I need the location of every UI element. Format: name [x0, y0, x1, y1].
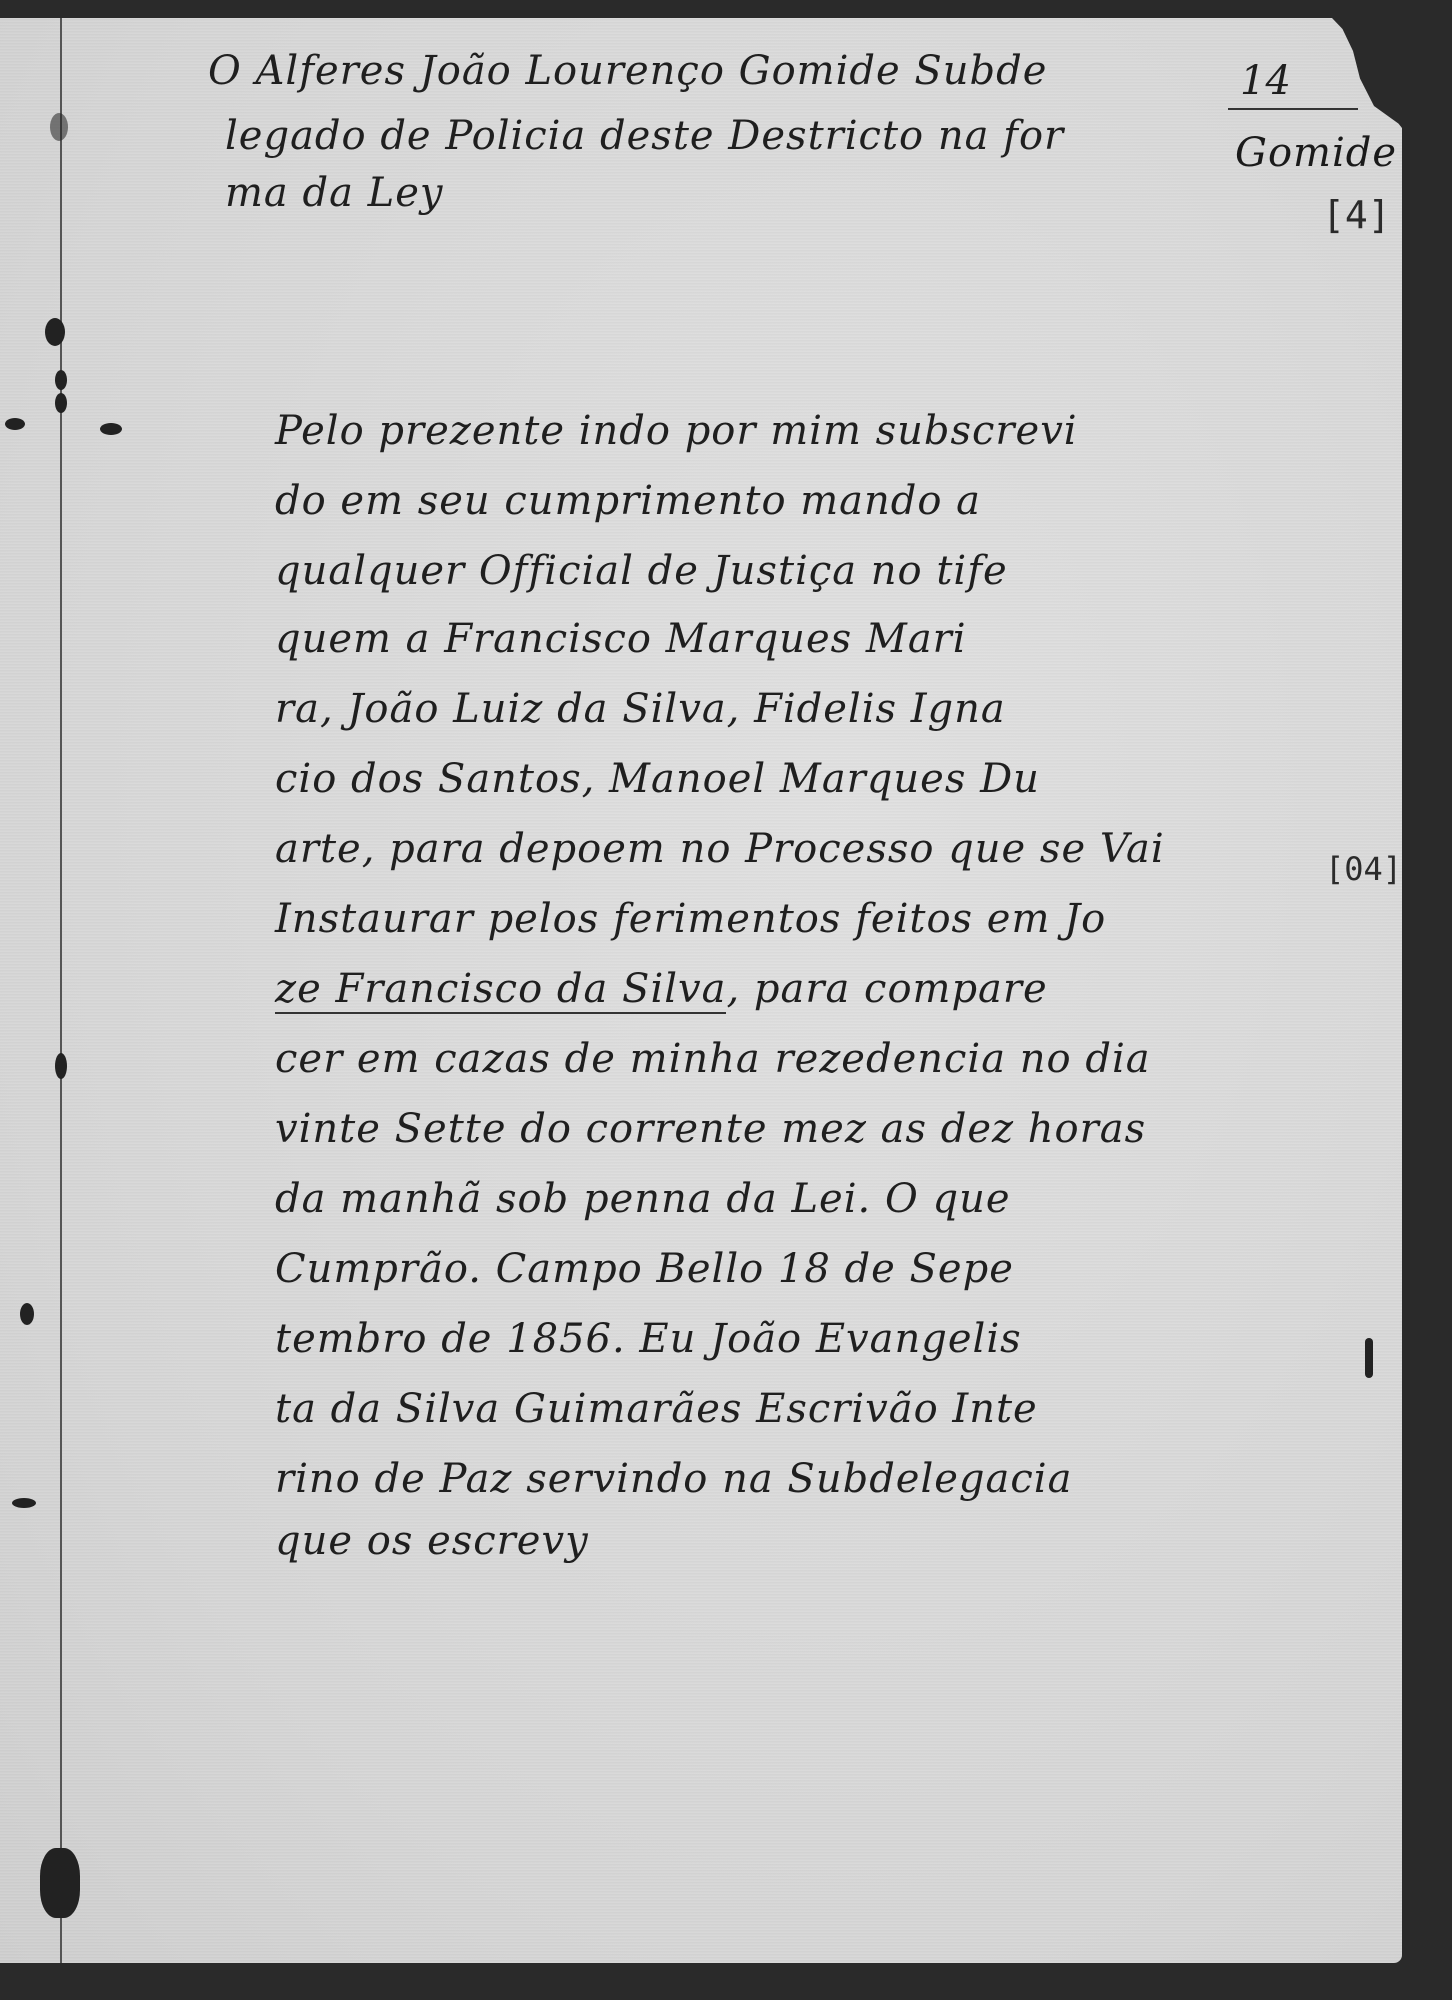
mandate-line-6: cio dos Santos, Manoel Marques Du — [275, 756, 1040, 802]
ink-blot — [40, 1848, 80, 1918]
folio-underline — [1228, 108, 1358, 110]
ink-blot — [55, 1053, 67, 1079]
header-margin-signature: Gomide — [1235, 130, 1397, 176]
archival-page-label: [4] — [1322, 193, 1391, 237]
mandate-line-17: que os escrevy — [275, 1518, 589, 1564]
ink-blot — [12, 1498, 36, 1508]
mandate-line-1: Pelo prezente indo por mim subscrevi — [275, 408, 1078, 454]
underlined-victim-name: ze Francisco da Silva — [275, 966, 726, 1014]
mandate-line-16: rino de Paz servindo na Subdelegacia — [275, 1456, 1072, 1502]
ink-blot — [100, 423, 122, 435]
mandate-line-10: cer em cazas de minha rezedencia no dia — [275, 1036, 1151, 1082]
ink-blot — [1365, 1338, 1373, 1378]
ink-blot — [55, 393, 67, 413]
mandate-line-5: ra, João Luiz da Silva, Fidelis Igna — [275, 686, 1006, 732]
header-line-2: legado de Policia deste Destricto na for — [225, 113, 1064, 159]
mandate-line-7: arte, para depoem no Processo que se Vai — [275, 826, 1165, 872]
ink-blot — [45, 318, 65, 346]
mandate-line-4: quem a Francisco Marques Mari — [275, 616, 967, 662]
mandate-line-3: qualquer Official de Justiça no tife — [275, 548, 1008, 594]
mandate-line-11: vinte Sette do corrente mez as dez horas — [275, 1106, 1146, 1152]
mandate-line-12: da manhã sob penna da Lei. O que — [275, 1176, 1011, 1222]
mandate-line-8: Instaurar pelos ferimentos feitos em Jo — [275, 896, 1106, 942]
ink-blot — [55, 370, 67, 390]
header-line-3: ma da Ley — [225, 170, 444, 216]
ink-blot — [20, 1303, 34, 1325]
mandate-line-9-rest: , para compare — [726, 966, 1047, 1012]
ink-blot — [50, 113, 68, 141]
mandate-line-13: Cumprão. Campo Bello 18 de Sepe — [275, 1246, 1014, 1292]
header-line-1: O Alferes João Lourenço Gomide Subde — [208, 48, 1047, 94]
mandate-line-2: do em seu cumprimento mando a — [275, 478, 981, 524]
binding-fold-line — [60, 18, 62, 1963]
mandate-line-14: tembro de 1856. Eu João Evangelis — [275, 1316, 1022, 1362]
mandate-line-9: ze Francisco da Silva, para compare — [275, 966, 1048, 1012]
mandate-line-15: ta da Silva Guimarães Escrivão Inte — [275, 1386, 1038, 1432]
ink-blot — [5, 418, 25, 430]
archival-page-label-alt: [04] — [1325, 850, 1402, 888]
torn-page-corner — [1332, 18, 1402, 128]
manuscript-page: O Alferes João Lourenço Gomide Subde leg… — [0, 18, 1402, 1963]
folio-number: 14 — [1240, 58, 1291, 104]
